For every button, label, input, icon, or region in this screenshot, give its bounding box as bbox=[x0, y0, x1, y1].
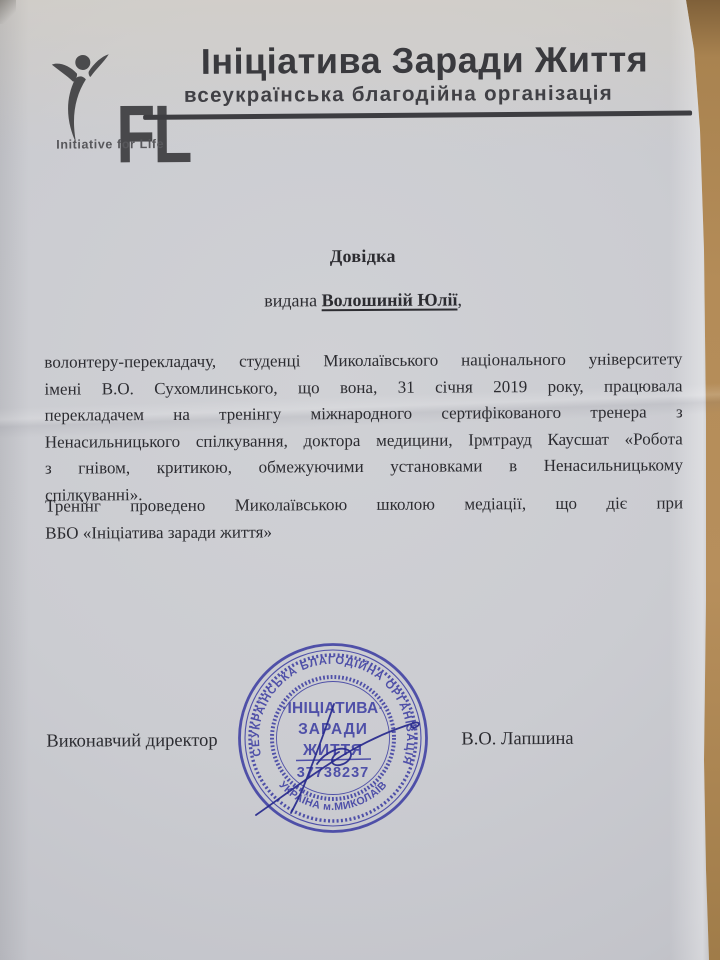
issued-name: Волошиній Юлії bbox=[322, 289, 458, 310]
document-content: FL Initiative for Life Ініціатива Заради… bbox=[0, 0, 720, 960]
body-line: імені В.О. Сухомлинського, що вона, 31 с… bbox=[44, 373, 682, 403]
person-figure-icon bbox=[46, 51, 113, 147]
paragraph-lines: Тренінг проведено Миколаївською школою м… bbox=[45, 490, 683, 520]
body-line: Ненасильницького спілкування, доктора ме… bbox=[45, 426, 683, 456]
logo-letters: FL bbox=[116, 93, 191, 175]
photographed-document: { "logo": { "letters": "FL", "tagline": … bbox=[0, 0, 720, 960]
issued-prefix: видана bbox=[264, 290, 322, 310]
director-name: В.О. Лапшина bbox=[461, 729, 573, 751]
body-line: з гнівом, критикою, обмежуючими установк… bbox=[45, 452, 683, 482]
body-paragraph-1: волонтеру-перекладачу, студенці Миколаїв… bbox=[44, 346, 683, 508]
body-line: перекладачем на тренінгу міжнародного се… bbox=[45, 399, 683, 429]
body-line: волонтеру-перекладачу, студенці Миколаїв… bbox=[44, 346, 682, 376]
body-line: Тренінг проведено Миколаївською школою м… bbox=[45, 490, 683, 520]
org-subtitle: всеукраїнська благодійна організація bbox=[184, 82, 613, 108]
issued-suffix: , bbox=[457, 289, 462, 309]
director-title-label: Виконавчий директор bbox=[46, 731, 217, 753]
letterhead-logo: FL Initiative for Life bbox=[28, 41, 199, 162]
body-line-last: ВБО «Ініціатива заради життя» bbox=[45, 517, 683, 547]
body-paragraph-2: Тренінг проведено Миколаївською школою м… bbox=[45, 490, 683, 546]
org-title: Ініціатива Заради Життя bbox=[201, 38, 649, 82]
logo-tagline: Initiative for Life bbox=[44, 137, 176, 152]
paragraph-lines: волонтеру-перекладачу, студенці Миколаїв… bbox=[44, 346, 683, 482]
doc-heading: Довідка bbox=[44, 244, 682, 268]
header-rule bbox=[143, 111, 692, 120]
issued-line: видана Волошиній Юлії, bbox=[44, 288, 682, 312]
